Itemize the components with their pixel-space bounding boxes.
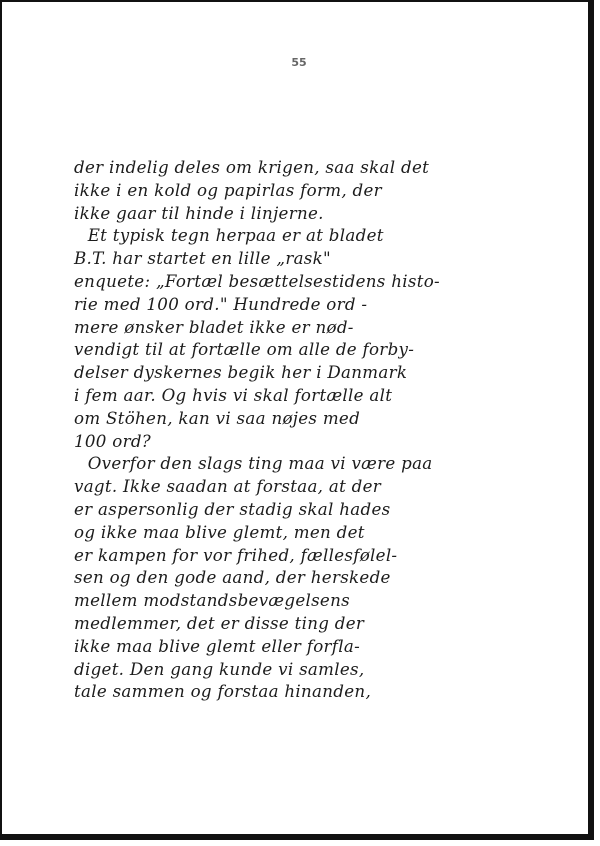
handwritten-line: ikke gaar til hinde i linjerne. (74, 203, 535, 226)
handwritten-line: mellem modstandsbevægelsens (74, 590, 535, 613)
handwritten-line: vendigt til at fortælle om alle de forby… (74, 339, 535, 362)
handwritten-line: mere ønsker bladet ikke er nød- (74, 317, 535, 340)
handwritten-line: diget. Den gang kunde vi samles, (74, 659, 535, 682)
handwritten-line: Overfor den slags ting maa vi være paa (74, 453, 535, 476)
handwritten-line: B.T. har startet en lille „rask" (74, 248, 535, 271)
handwritten-line: rie med 100 ord." Hundrede ord - (74, 294, 535, 317)
handwritten-line: 100 ord? (74, 431, 535, 454)
page-number: 55 (2, 56, 596, 69)
handwritten-line: Et typisk tegn herpaa er at bladet (74, 225, 535, 248)
handwritten-line: er kampen for vor frihed, fællesfølel- (74, 545, 535, 568)
handwritten-line: i fem aar. Og hvis vi skal fortælle alt (74, 385, 535, 408)
handwritten-line: om Stöhen, kan vi saa nøjes med (74, 408, 535, 431)
manuscript-page: 55 der indelig deles om krigen, saa skal… (0, 0, 594, 840)
handwritten-line: medlemmer, det er disse ting der (74, 613, 535, 636)
handwritten-line: vagt. Ikke saadan at forstaa, at der (74, 476, 535, 499)
handwritten-line: enquete: „Fortæl besættelsestidens histo… (74, 271, 535, 294)
handwritten-line: ikke i en kold og papirlas form, der (74, 180, 535, 203)
handwritten-line: er aspersonlig der stadig skal hades (74, 499, 535, 522)
handwritten-line: og ikke maa blive glemt, men det (74, 522, 535, 545)
handwritten-line: der indelig deles om krigen, saa skal de… (74, 157, 535, 180)
handwritten-line: delser dyskernes begik her i Danmark (74, 362, 535, 385)
handwritten-line: tale sammen og forstaa hinanden, (74, 681, 535, 704)
handwritten-line: ikke maa blive glemt eller forfla- (74, 636, 535, 659)
handwritten-text-body: der indelig deles om krigen, saa skal de… (74, 157, 544, 704)
handwritten-line: sen og den gode aand, der herskede (74, 567, 535, 590)
